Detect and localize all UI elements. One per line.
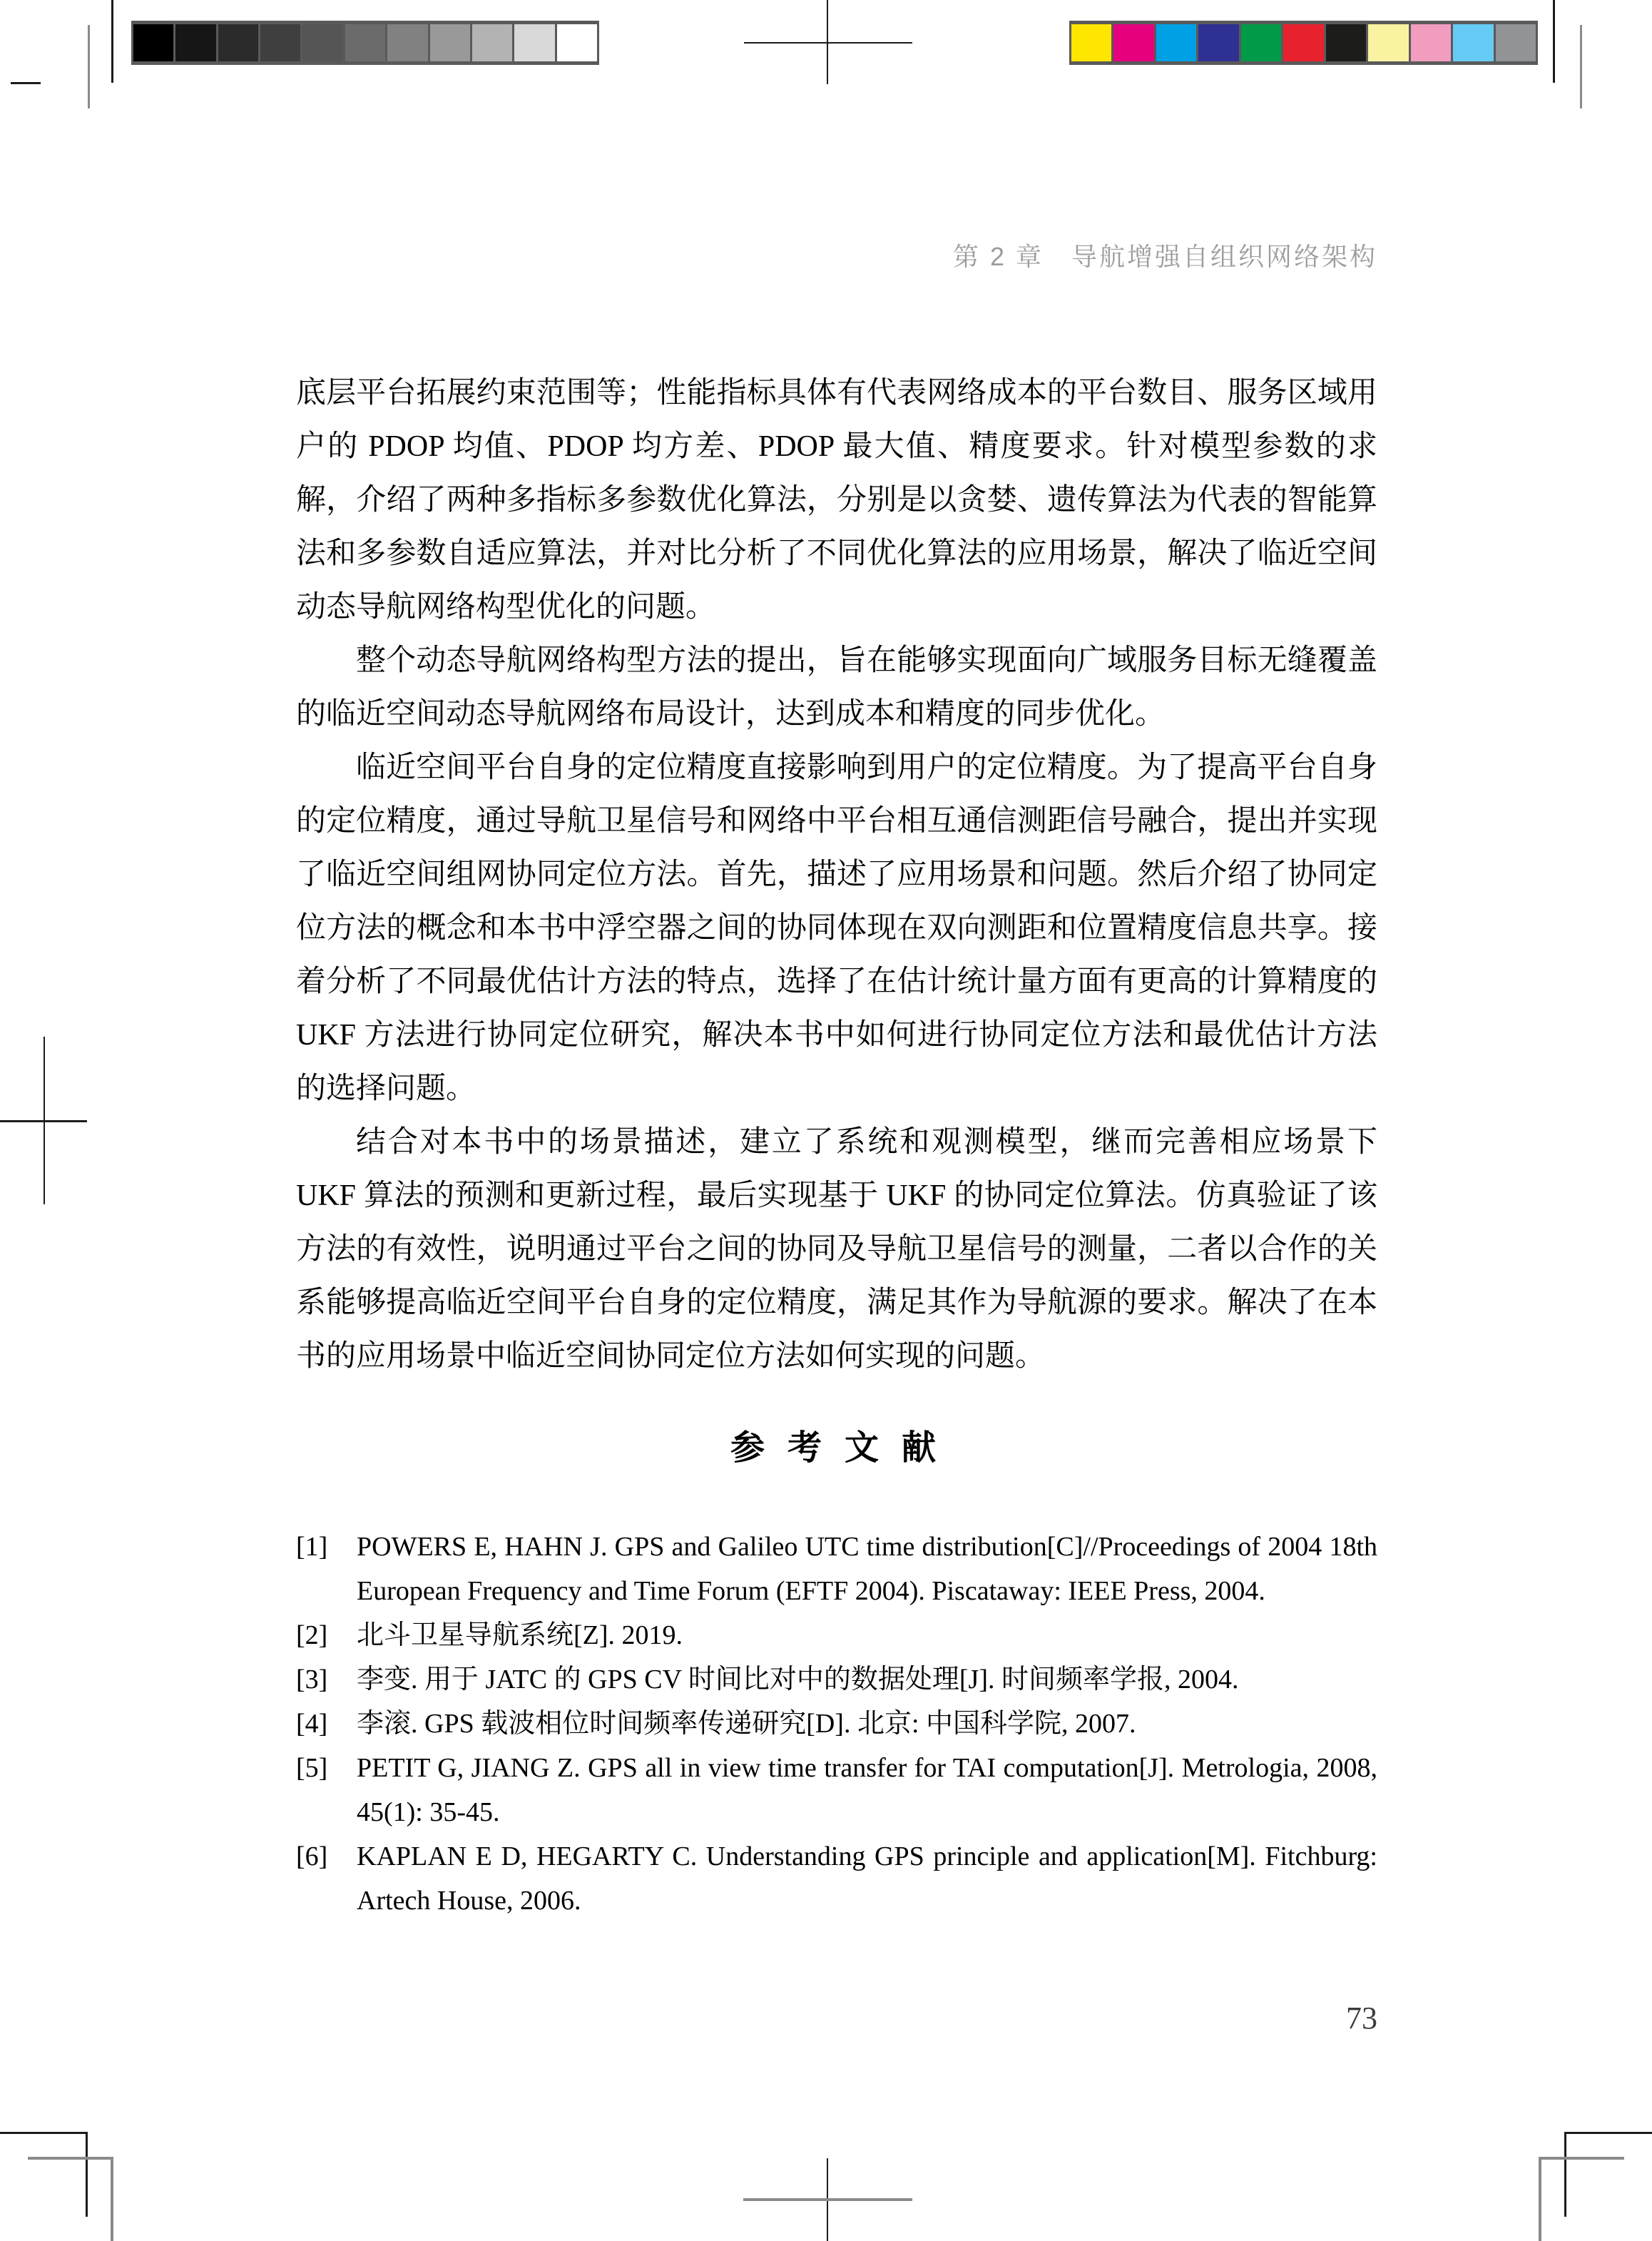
color-swatch <box>1496 24 1536 61</box>
reference-text: POWERS E, HAHN J. GPS and Galileo UTC ti… <box>357 1532 1377 1606</box>
crop-mark-top-right-vertical <box>1553 0 1555 83</box>
color-swatch <box>1411 24 1451 61</box>
crop-mark-bottom-left-gray-horizontal <box>28 2157 113 2160</box>
grayscale-swatch <box>430 24 470 61</box>
references-list: [1]POWERS E, HAHN J. GPS and Galileo UTC… <box>296 1525 1377 1923</box>
running-header: 第 2 章 导航增强自组织网络架构 <box>296 237 1377 273</box>
reference-item: [5]PETIT G, JIANG Z. GPS all in view tim… <box>296 1746 1377 1834</box>
crop-mark-top-left-vertical <box>111 0 113 83</box>
references-heading: 参 考 文 献 <box>296 1427 1377 1470</box>
reference-item: [4]李滚. GPS 载波相位时间频率传递研究[D]. 北京: 中国科学院, 2… <box>296 1702 1377 1746</box>
crop-mark-top-right-gray <box>1580 25 1582 108</box>
grayscale-swatch <box>345 24 385 61</box>
reference-text: 李滚. GPS 载波相位时间频率传递研究[D]. 北京: 中国科学院, 2007… <box>357 1709 1136 1739</box>
body-text: 底层平台拓展约束范围等；性能指标具体有代表网络成本的平台数目、服务区域用户的 P… <box>296 367 1377 1383</box>
reference-number: [6] <box>296 1834 357 1879</box>
register-cross-top-center-horizontal <box>744 42 912 44</box>
grayscale-swatch <box>387 24 427 61</box>
reference-item: [6]KAPLAN E D, HEGARTY C. Understanding … <box>296 1834 1377 1923</box>
color-swatch <box>1453 24 1493 61</box>
reference-text: 李变. 用于 JATC 的 GPS CV 时间比对中的数据处理[J]. 时间频率… <box>357 1665 1239 1694</box>
grayscale-calibration-bar <box>131 21 599 65</box>
crop-mark-top-left-gray <box>88 25 90 108</box>
grayscale-swatch <box>175 24 215 61</box>
color-swatch <box>1326 24 1366 61</box>
register-cross-left-middle-horizontal <box>0 1120 87 1122</box>
color-swatch <box>1113 24 1153 61</box>
grayscale-swatch <box>260 24 300 61</box>
grayscale-swatch <box>557 24 597 61</box>
reference-number: [2] <box>296 1613 357 1657</box>
body-paragraph: 整个动态导航网络构型方法的提出，旨在能够实现面向广域服务目标无缝覆盖的临近空间动… <box>296 634 1377 741</box>
reference-number: [5] <box>296 1746 357 1790</box>
reference-number: [1] <box>296 1525 357 1569</box>
color-swatch <box>1241 24 1281 61</box>
color-calibration-bar <box>1069 21 1538 65</box>
body-paragraph: 结合对本书中的场景描述，建立了系统和观测模型，继而完善相应场景下 UKF 算法的… <box>296 1116 1377 1383</box>
crop-mark-bottom-left-vertical <box>86 2132 88 2217</box>
book-page: 第 2 章 导航增强自组织网络架构 底层平台拓展约束范围等；性能指标具体有代表网… <box>0 0 1652 2241</box>
color-swatch <box>1368 24 1408 61</box>
grayscale-swatch <box>514 24 554 61</box>
crop-mark-bottom-left-gray-vertical <box>111 2157 113 2241</box>
grayscale-swatch <box>133 24 173 61</box>
reference-item: [1]POWERS E, HAHN J. GPS and Galileo UTC… <box>296 1525 1377 1613</box>
color-swatch <box>1156 24 1196 61</box>
reference-number: [3] <box>296 1657 357 1702</box>
reference-item: [3]李变. 用于 JATC 的 GPS CV 时间比对中的数据处理[J]. 时… <box>296 1657 1377 1702</box>
grayscale-swatch <box>302 24 342 61</box>
color-swatch <box>1283 24 1323 61</box>
reference-text: 北斗卫星导航系统[Z]. 2019. <box>357 1620 683 1650</box>
crop-mark-top-left-horizontal <box>11 82 41 84</box>
color-swatch <box>1071 24 1111 61</box>
crop-mark-bottom-right-gray-horizontal <box>1539 2157 1624 2160</box>
reference-item: [2]北斗卫星导航系统[Z]. 2019. <box>296 1613 1377 1657</box>
crop-mark-bottom-left-horizontal <box>0 2132 87 2134</box>
crop-mark-bottom-right-vertical <box>1564 2132 1566 2217</box>
page-number: 73 <box>296 2001 1377 2036</box>
grayscale-swatch <box>218 24 258 61</box>
crop-mark-bottom-right-gray-vertical <box>1539 2157 1541 2241</box>
body-paragraph: 底层平台拓展约束范围等；性能指标具体有代表网络成本的平台数目、服务区域用户的 P… <box>296 367 1377 634</box>
reference-text: KAPLAN E D, HEGARTY C. Understanding GPS… <box>357 1841 1377 1916</box>
register-cross-bottom-center-horizontal <box>743 2198 912 2201</box>
body-paragraph: 临近空间平台自身的定位精度直接影响到用户的定位精度。为了提高平台自身的定位精度，… <box>296 741 1377 1116</box>
reference-number: [4] <box>296 1702 357 1746</box>
grayscale-swatch <box>472 24 512 61</box>
reference-text: PETIT G, JIANG Z. GPS all in view time t… <box>357 1753 1377 1827</box>
crop-mark-bottom-right-horizontal <box>1565 2132 1652 2134</box>
color-swatch <box>1198 24 1238 61</box>
